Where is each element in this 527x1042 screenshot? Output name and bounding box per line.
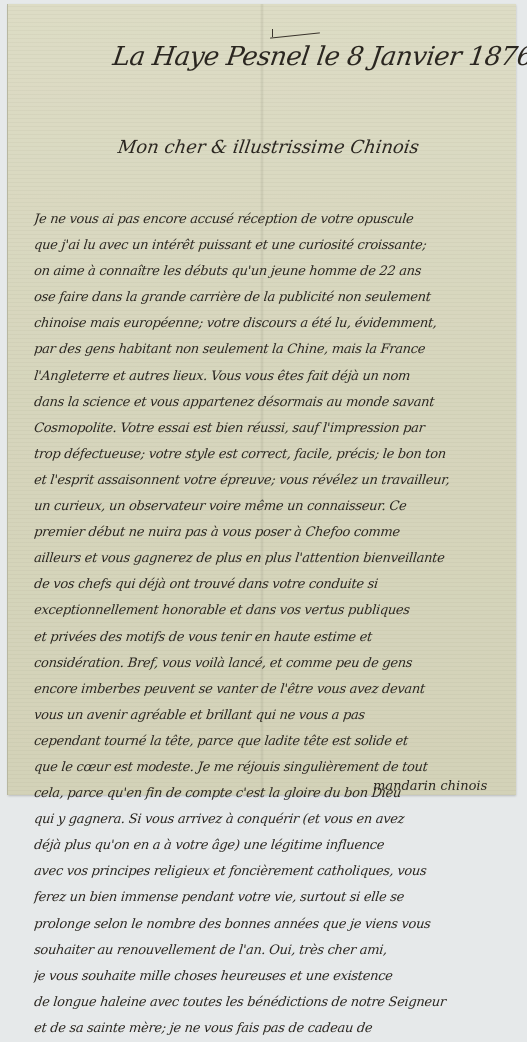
body-line: exceptionnellement honorable et dans vos… — [33, 598, 526, 624]
cross-mark-stroke — [270, 32, 320, 38]
body-line: l'Angleterre et autres lieux. Vous vous … — [33, 364, 526, 390]
cross-mark — [272, 29, 273, 37]
body-line: chinoise mais européenne; votre discours… — [33, 311, 526, 337]
body-line: Je ne vous ai pas encore accusé réceptio… — [33, 207, 526, 233]
body-line: de vos chefs qui déjà ont trouvé dans vo… — [33, 572, 526, 598]
body-line: par des gens habitant non seulement la C… — [33, 337, 526, 363]
body-line: premier début ne nuira pas à vous poser … — [33, 520, 526, 546]
letter-continuation: mandarin chinois — [373, 779, 487, 794]
body-line: dans la science et vous appartenez désor… — [33, 390, 526, 416]
letter-body: Je ne vous ai pas encore accusé réceptio… — [34, 207, 524, 800]
letter-salutation: Mon cher & illustrissime Chinois — [117, 137, 421, 158]
body-line: et privées des motifs de vous tenir en h… — [33, 625, 526, 651]
body-line: cependant tourné la tête, parce que ladi… — [33, 729, 526, 755]
body-line: que le cœur est modeste. Je me réjouis s… — [33, 755, 526, 781]
body-line: Cosmopolite. Votre essai est bien réussi… — [33, 416, 526, 442]
body-line: vous un avenir agréable et brillant qui … — [33, 703, 526, 729]
body-line: considération. Bref, vous voilà lancé, e… — [33, 651, 526, 677]
body-line: un curieux, un observateur voire même un… — [33, 494, 526, 520]
body-line: que j'ai lu avec un intérêt puissant et … — [33, 233, 526, 259]
letter-sheet: La Haye Pesnel le 8 Janvier 1876 Mon che… — [8, 4, 516, 795]
body-line: ose faire dans la grande carrière de la … — [33, 285, 526, 311]
body-line: trop défectueuse; votre style est correc… — [33, 442, 526, 468]
body-line: on aime à connaître les débuts qu'un jeu… — [33, 259, 526, 285]
body-line: ailleurs et vous gagnerez de plus en plu… — [33, 546, 526, 572]
body-line: encore imberbes peuvent se vanter de l'ê… — [33, 677, 526, 703]
letter-heading-place-date: La Haye Pesnel le 8 Janvier 1876 — [111, 42, 527, 72]
body-line: et l'esprit assaisonnent votre épreuve; … — [33, 468, 526, 494]
